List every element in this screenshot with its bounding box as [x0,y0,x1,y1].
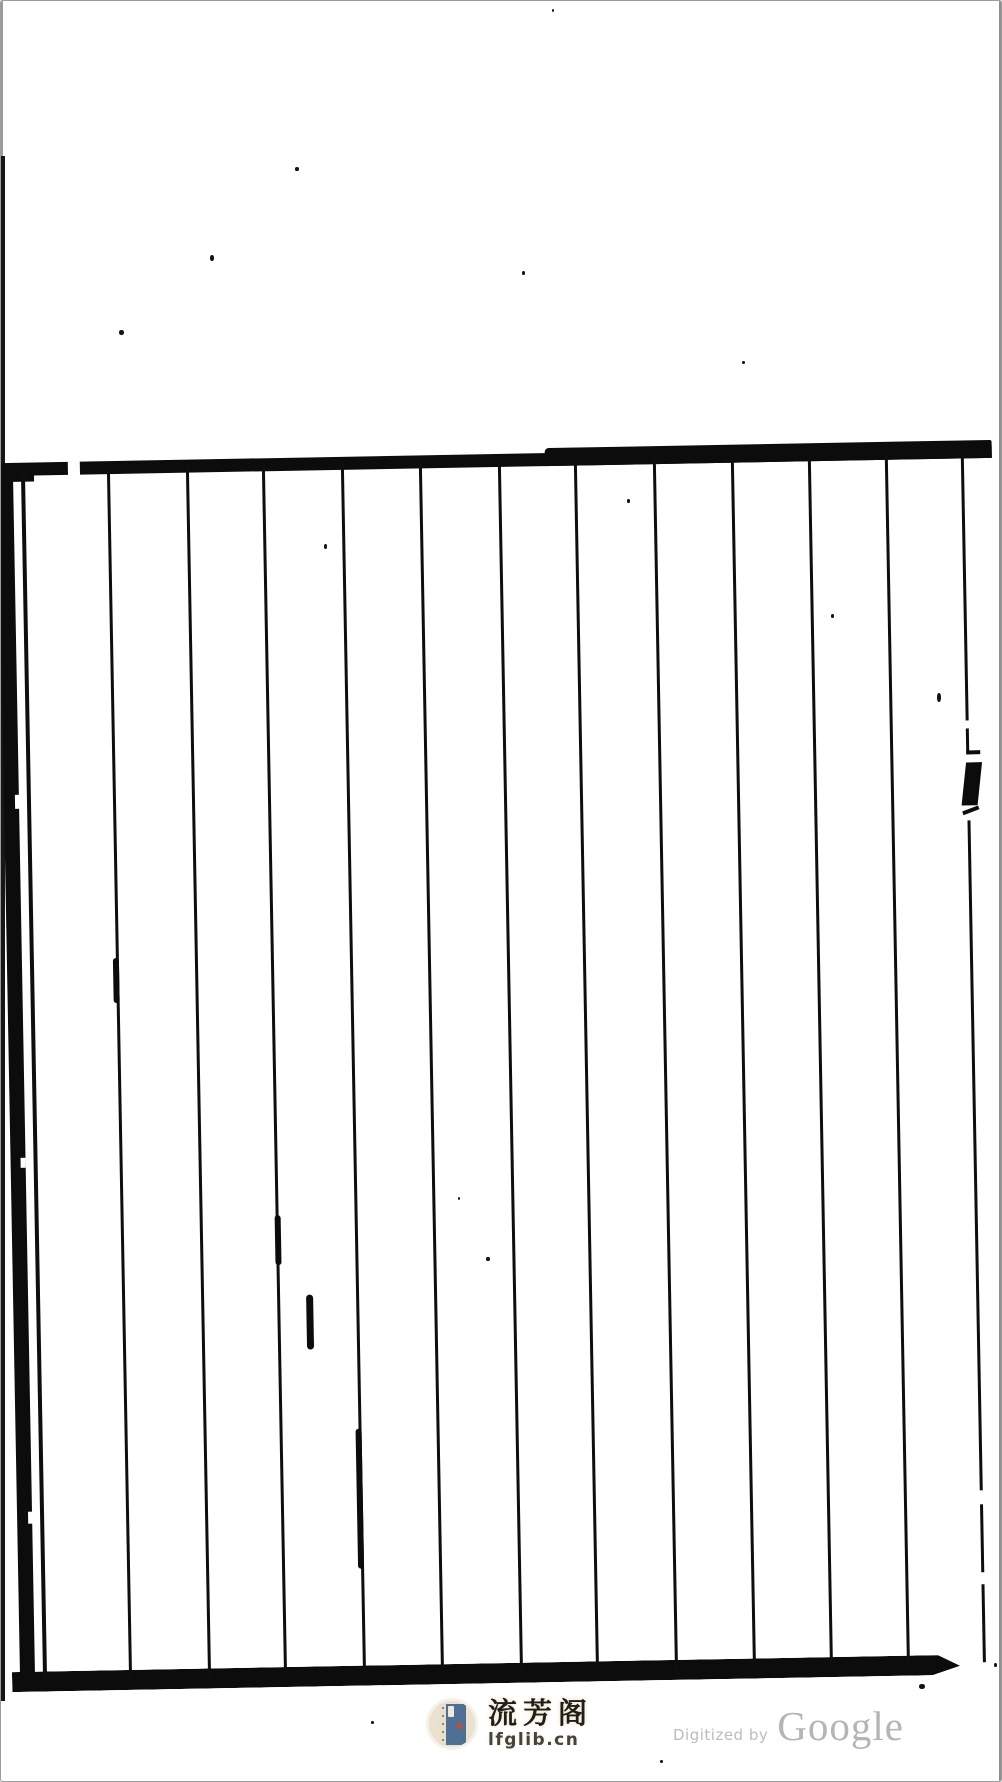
lfglib-logo-icon [429,1701,475,1747]
column-rule-line [961,452,969,720]
column-rule-line [981,1584,985,1662]
dust-speck [295,167,299,171]
google-watermark: Digitized by Google [673,1706,904,1747]
dust-speck [831,614,834,618]
ink-blob [962,762,982,805]
ink-blob [356,1429,365,1569]
column-rule-line [107,468,132,1680]
column-rule-line [980,1504,984,1572]
dust-speck [119,330,124,335]
column-rule-line [885,454,910,1666]
dust-speck [458,1197,460,1200]
frame-left-border-notch [15,795,20,809]
column-rule-line [808,455,833,1667]
dust-speck [486,1257,490,1261]
frame-left-border [0,464,35,1688]
google-logo: Google [777,1706,904,1747]
ink-blob [966,750,980,754]
dust-speck [210,255,214,261]
dust-speck [937,693,941,702]
digitized-by-text: Digitized by [673,1726,768,1744]
column-rule-line [419,462,444,1674]
lfglib-watermark: 流芳阁 lfglib.cn [429,1699,593,1749]
lfglib-site-name: 流芳阁 [488,1699,593,1728]
frame-left-border-notch [28,1512,33,1524]
column-rule-line [262,465,287,1677]
frame-top-border-gap [68,460,80,477]
dust-speck [371,1721,374,1724]
dust-speck [660,1760,663,1763]
lfglib-watermark-text: 流芳阁 lfglib.cn [488,1699,593,1749]
woodblock-frame [0,432,1002,1710]
page-edge-left-gray [1,1,3,161]
ink-blob [962,805,979,815]
dust-speck [994,1663,997,1667]
book-spine-stitches [439,1704,446,1745]
stitched-book-icon [439,1704,466,1745]
book-red-seal [457,1723,462,1729]
frame-bottom-border [12,1655,960,1692]
dust-speck [742,361,745,364]
dust-speck [919,1684,925,1689]
column-rule-line [186,467,211,1679]
dust-speck [522,271,525,275]
dust-speck [552,9,554,12]
column-rule-line [967,820,982,1490]
ink-blob [275,1215,282,1265]
frame-top-border-thick-right [545,440,992,466]
ink-blob [113,958,120,1003]
column-rule-line [574,460,599,1672]
column-rule-line [653,458,678,1670]
book-title-label [448,1706,454,1717]
dust-speck [324,544,327,549]
frame-left-border-notch [21,1158,26,1168]
ink-blob [306,1294,314,1349]
column-rule-line [498,461,523,1673]
lfglib-site-url: lfglib.cn [488,1732,593,1749]
column-rule-line [731,457,756,1669]
scanned-page: 流芳阁 lfglib.cn Digitized by Google [0,0,1002,1782]
dust-speck [627,499,630,503]
